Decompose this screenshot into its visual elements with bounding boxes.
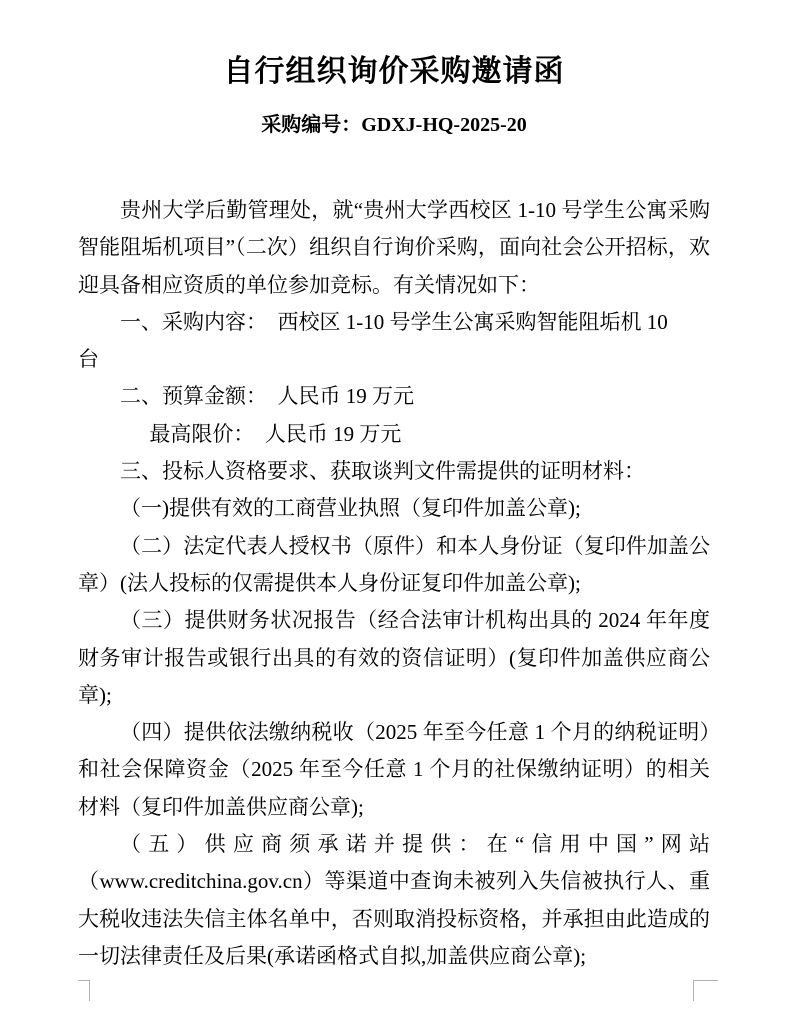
paragraph: 二、预算金额： 人民币 19 万元 (78, 378, 710, 415)
paragraph: 最高限价： 人民币 19 万元 (78, 416, 710, 453)
paragraph: 一、采购内容： 西校区 1-10 号学生公寓采购智能阻垢机 10 (78, 304, 710, 341)
procurement-number: 采购编号：GDXJ-HQ-2025-20 (0, 112, 788, 138)
document-page: 自行组织询价采购邀请函 采购编号：GDXJ-HQ-2025-20 贵州大学后勤管… (0, 0, 788, 1036)
bottom-left-margin-crop-mark (78, 980, 90, 1001)
document-title: 自行组织询价采购邀请函 (0, 0, 788, 92)
paragraph: 三、投标人资格要求、获取谈判文件需提供的证明材料： (78, 453, 710, 490)
paragraph: （五）供应商须承诺并提供：在“信用中国”网站（www.creditchina.g… (78, 826, 710, 975)
document-paragraphs: 贵州大学后勤管理处，就“贵州大学西校区 1-10 号学生公寓采购智能阻垢机项目”… (78, 192, 710, 975)
paragraph: 台 (78, 341, 710, 378)
paragraph: （一)提供有效的工商营业执照（复印件加盖公章); (78, 490, 710, 527)
paragraph: （四）提供依法缴纳税收（2025 年至今任意 1 个月的纳税证明）和社会保障资金… (78, 714, 710, 826)
bottom-right-margin-crop-mark (693, 980, 718, 1001)
paragraph: （三）提供财务状况报告（经合法审计机构出具的 2024 年年度财务审计报告或银行… (78, 602, 710, 714)
paragraph: 贵州大学后勤管理处，就“贵州大学西校区 1-10 号学生公寓采购智能阻垢机项目”… (78, 192, 710, 304)
paragraph: （二）法定代表人授权书（原件）和本人身份证（复印件加盖公章）(法人投标的仅需提供… (78, 528, 710, 603)
